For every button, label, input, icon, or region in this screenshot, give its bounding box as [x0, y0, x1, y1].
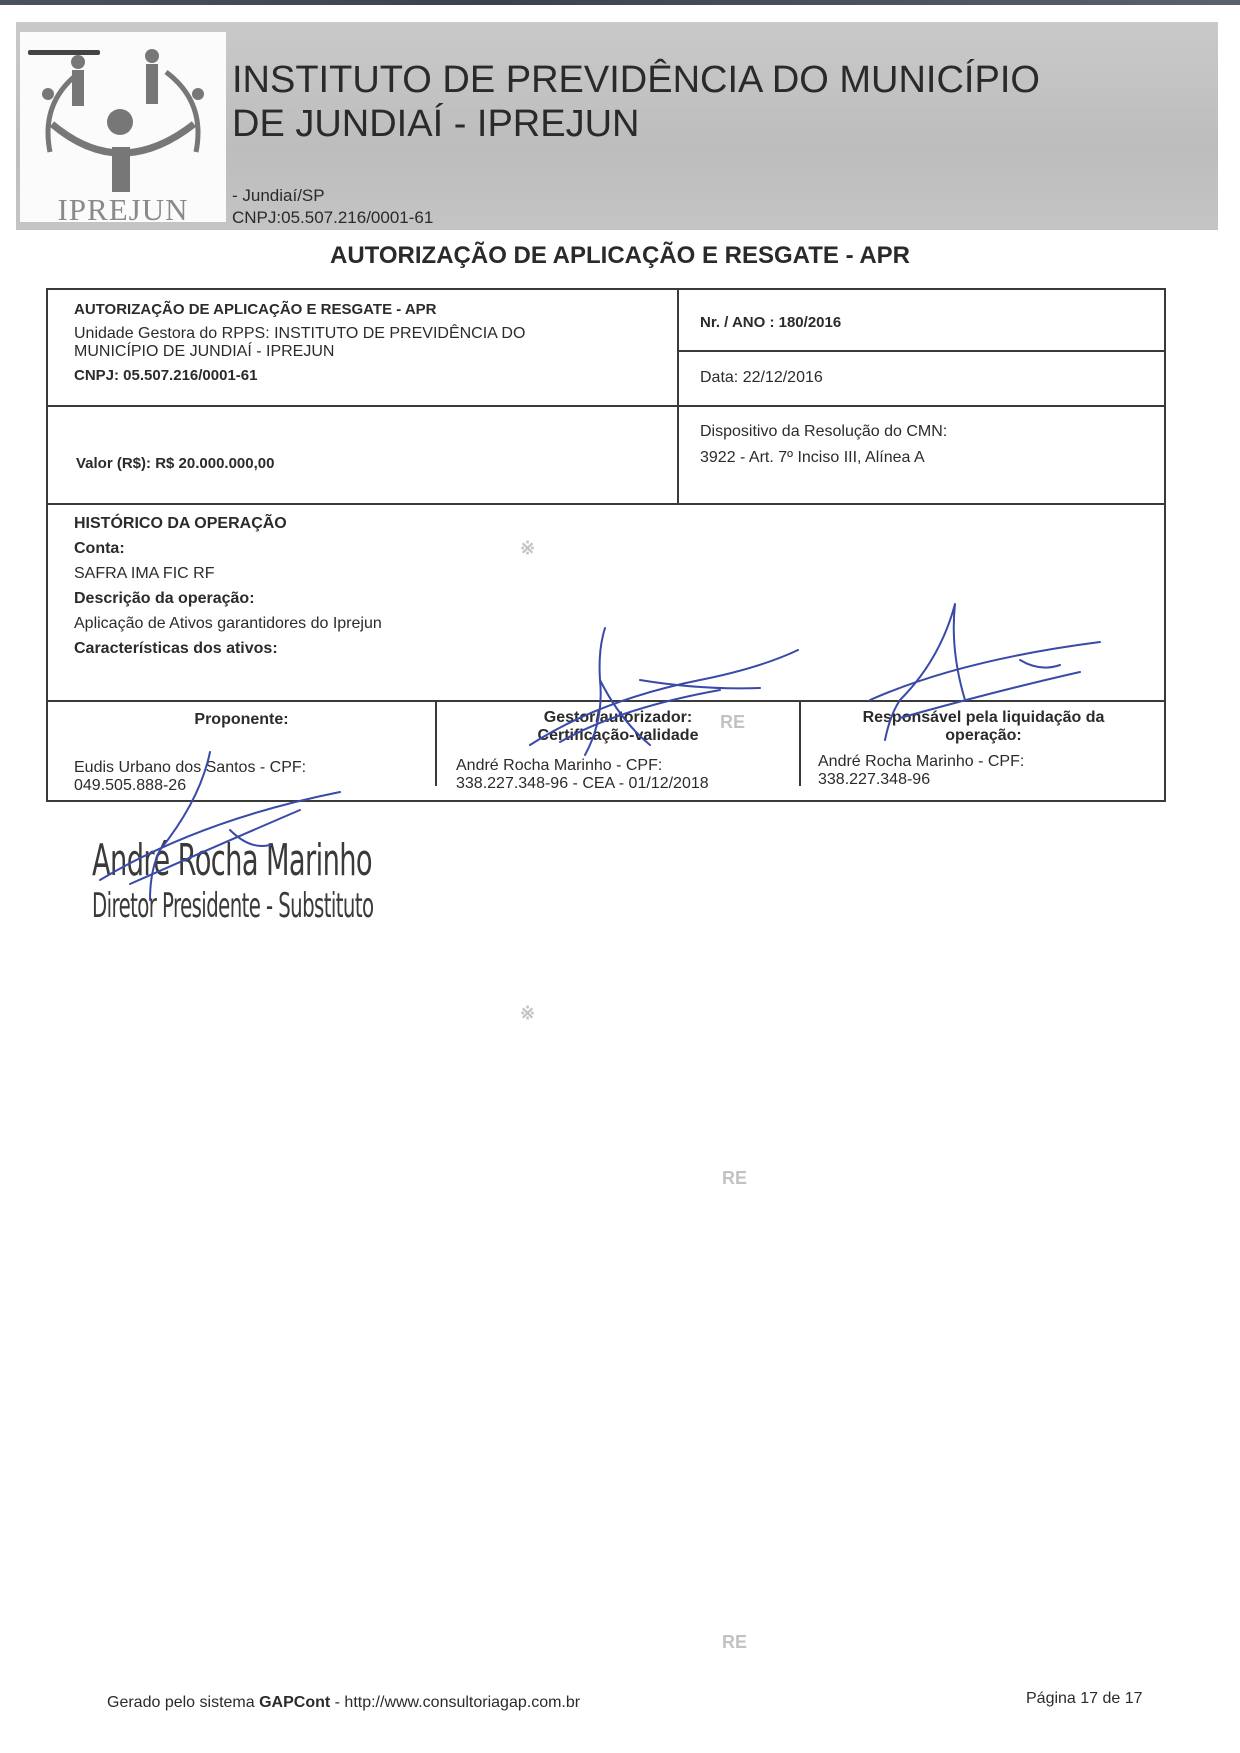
descricao-label: Descrição da operação: [74, 589, 255, 609]
apr-form-table: AUTORIZAÇÃO DE APLICAÇÃO E RESGATE - APR… [46, 288, 1166, 802]
scan-smudge: RE [720, 712, 745, 733]
iprejun-logo: IPREJUN [20, 32, 226, 222]
signatory-role-detail: operação: [801, 726, 1166, 746]
signatory-cpf: 338.227.348-96 [818, 770, 930, 790]
footer-url: - http://www.consultoriagap.com.br [330, 1694, 580, 1711]
institution-cnpj: CNPJ:05.507.216/0001-61 [232, 208, 433, 228]
unidade-gestora-line1: Unidade Gestora do RPPS: INSTITUTO DE PR… [74, 324, 525, 344]
document-title: AUTORIZAÇÃO DE APLICAÇÃO E RESGATE - APR [0, 242, 1240, 270]
form-section-title: AUTORIZAÇÃO DE APLICAÇÃO E RESGATE - APR [74, 300, 437, 320]
footer-prefix: Gerado pelo sistema [107, 1694, 255, 1711]
valor-field: Valor (R$): R$ 20.000.000,00 [76, 454, 274, 474]
numero-ano: Nr. / ANO : 180/2016 [700, 313, 841, 333]
people-circle-logo-icon [20, 32, 226, 192]
scan-smudge: ※ [520, 538, 535, 559]
signatory-name: Eudis Urbano dos Santos - CPF: [74, 758, 306, 778]
scan-smudge: RE [722, 1632, 747, 1653]
valor-label: Valor (R$): [76, 455, 151, 472]
dispositivo-label: Dispositivo da Resolução do CMN: [700, 422, 947, 442]
signatory-name: André Rocha Marinho - CPF: [818, 752, 1024, 772]
scan-smudge: ※ [520, 1003, 535, 1024]
form-cnpj: CNPJ: 05.507.216/0001-61 [74, 366, 257, 386]
institution-name-line2: DE JUNDIAÍ - IPREJUN [232, 102, 1040, 146]
signatory-role: Responsável pela liquidação da [801, 708, 1166, 728]
footer-generated-by: Gerado pelo sistema GAPCont - http://www… [107, 1694, 580, 1712]
footer-system-name: GAPCont [259, 1694, 330, 1711]
valor-amount: R$ 20.000.000,00 [155, 455, 274, 472]
historico-title: HISTÓRICO DA OPERAÇÃO [74, 514, 287, 534]
page-number: Página 17 de 17 [1026, 1690, 1143, 1708]
scan-smudge: RE [722, 1168, 747, 1189]
signatory-name: André Rocha Marinho - CPF: [456, 756, 662, 776]
signatory-role: Proponente: [48, 710, 435, 730]
conta-value: SAFRA IMA FIC RF [74, 564, 214, 584]
signatory-cpf: 338.227.348-96 - CEA - 01/12/2018 [456, 774, 709, 794]
caracteristicas-label: Características dos ativos: [74, 639, 278, 659]
stamp-role: Diretor Presidente - Substituto [92, 886, 373, 926]
signatory-cpf: 049.505.888-26 [74, 776, 186, 796]
logo-wordmark: IPREJUN [20, 192, 226, 228]
conta-label: Conta: [74, 539, 125, 559]
unidade-gestora-line2: MUNICÍPIO DE JUNDIAÍ - IPREJUN [74, 342, 334, 362]
institution-city: - Jundiaí/SP [232, 186, 325, 206]
stamp-name: André Rocha Marinho [92, 836, 393, 886]
institution-name-line1: INSTITUTO DE PREVIDÊNCIA DO MUNICÍPIO [232, 58, 1040, 102]
director-stamp: André Rocha Marinho Diretor Presidente -… [92, 836, 577, 926]
scan-top-edge [0, 0, 1240, 5]
form-date: Data: 22/12/2016 [700, 368, 823, 388]
descricao-value: Aplicação de Ativos garantidores do Ipre… [74, 614, 382, 634]
institution-name: INSTITUTO DE PREVIDÊNCIA DO MUNICÍPIO DE… [232, 58, 1040, 146]
dispositivo-value: 3922 - Art. 7º Inciso III, Alínea A [700, 448, 925, 468]
